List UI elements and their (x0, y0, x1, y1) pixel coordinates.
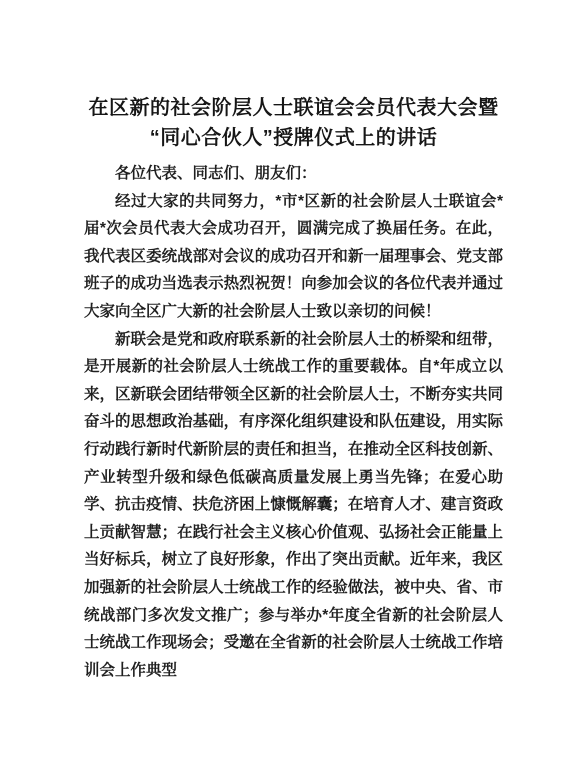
body-paragraph-1: 经过大家的共同努力，*市*区新的社会阶层人士联谊会*届*次会员代表大会成功召开，… (84, 188, 503, 326)
salutation-line: 各位代表、同志们、朋友们： (84, 160, 503, 188)
document-body: 各位代表、同志们、朋友们： 经过大家的共同努力，*市*区新的社会阶层人士联谊会*… (84, 160, 503, 684)
page-title-line-1: 在区新的社会阶层人士联谊会会员代表大会暨 (84, 93, 503, 123)
page-title-line-2: “同心合伙人”授牌仪式上的讲话 (84, 123, 503, 153)
body-paragraph-2: 新联会是党和政府联系新的社会阶层人士的桥梁和纽带，是开展新的社会阶层人士统战工作… (84, 326, 503, 685)
page-title: 在区新的社会阶层人士联谊会会员代表大会暨 “同心合伙人”授牌仪式上的讲话 (84, 93, 503, 153)
document-page: 在区新的社会阶层人士联谊会会员代表大会暨 “同心合伙人”授牌仪式上的讲话 各位代… (0, 0, 586, 759)
